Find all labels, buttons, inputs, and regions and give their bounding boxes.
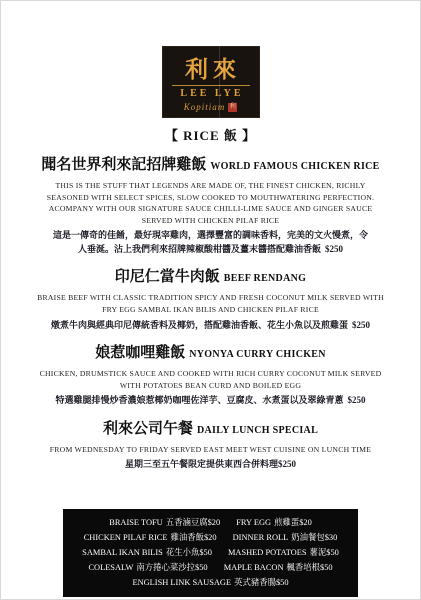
item-price: $250 — [352, 320, 370, 330]
side-item-fry-egg: FRY EGG煎雞蛋$20 — [236, 518, 312, 527]
side-name-en: MAPLE BACON — [224, 563, 284, 572]
logo-chinese-name: 利來 — [162, 46, 260, 84]
side-name-zh: 五香滷豆腐 — [166, 518, 208, 527]
side-name-zh: 花生小魚 — [166, 548, 200, 557]
side-name-en: BRAISE TOFU — [109, 518, 162, 527]
sides-row-1: BRAISE TOFU五香滷豆腐$20 FRY EGG煎雞蛋$20 — [65, 515, 356, 530]
item-description-zh-text: 特選雞腿排慢炒香濃娘惹椰奶咖哩佐洋芋、豆腐皮、水煮蛋以及翠綠青蔥 — [55, 395, 343, 405]
side-name-en: ENGLISH LINK SAUSAGE — [132, 578, 231, 587]
side-item-braise-tofu: BRAISE TOFU五香滷豆腐$20 — [109, 518, 220, 527]
item-description-zh: 星期三至五午餐限定提供東西合併料理$250 — [35, 458, 387, 472]
side-item-sambal-ikan-bilis: SAMBAL IKAN BILIS花生小魚$50 — [82, 548, 212, 557]
side-name-zh: 煎雞蛋 — [274, 518, 299, 527]
side-price: $20 — [299, 518, 312, 527]
side-name-zh: 薯泥 — [310, 548, 327, 557]
item-title-zh: 聞名世界利來記招牌雞飯 — [41, 157, 206, 173]
sides-row-4: COLESALW南方捲心菜沙拉$50 MAPLE BACON楓香培根$50 — [65, 560, 356, 575]
item-description-en: FROM WEDNESDAY TO FRIDAY SERVED EAST MEE… — [35, 444, 387, 456]
side-name-en: FRY EGG — [236, 518, 271, 527]
menu-item-chicken-rice: 聞名世界利來記招牌雞飯 WORLD FAMOUS CHICKEN RICE TH… — [1, 155, 420, 256]
side-item-colesalw: COLESALW南方捲心菜沙拉$50 — [88, 563, 207, 572]
side-price: $50 — [276, 578, 289, 587]
item-description-en: THIS IS THE STUFF THAT LEGENDS ARE MADE … — [35, 180, 387, 226]
item-description-zh-text: 星期三至五午餐限定提供東西合併料理 — [125, 459, 278, 469]
logo-seam-line — [219, 46, 220, 118]
side-item-maple-bacon: MAPLE BACON楓香培根$50 — [224, 563, 333, 572]
item-price: $250 — [278, 459, 296, 469]
side-name-en: MASHED POTATOES — [228, 548, 307, 557]
sides-panel: BRAISE TOFU五香滷豆腐$20 FRY EGG煎雞蛋$20 CHICKE… — [63, 509, 358, 597]
side-price: $20 — [204, 533, 217, 542]
menu-page: 利來 LEE LYE Kopitiam 利 【 RICE 飯 】 聞名世界利來記… — [0, 0, 421, 600]
item-title-zh: 印尼仁當牛肉飯 — [115, 269, 220, 285]
menu-item-beef-rendang: 印尼仁當牛肉飯 BEEF RENDANG BRAISE BEEF WITH CL… — [1, 267, 420, 332]
side-name-en: SAMBAL IKAN BILIS — [82, 548, 163, 557]
side-price: $50 — [195, 563, 208, 572]
item-title: 娘惹咖哩雞飯 NYONYA CURRY CHICKEN — [1, 343, 420, 364]
side-name-zh: 雞油香飯 — [170, 533, 204, 542]
item-description-zh: 燉煮牛肉與經典印尼傳統香料及椰奶，搭配雞油香飯、花生小魚以及煎雞蛋$250 — [35, 319, 387, 333]
item-title-en: DAILY LUNCH SPECIAL — [197, 425, 318, 436]
side-name-en: CHICKEN PILAF RICE — [84, 533, 168, 542]
restaurant-logo: 利來 LEE LYE Kopitiam 利 — [162, 46, 260, 118]
item-title-en: BEEF RENDANG — [224, 273, 306, 284]
item-title-zh: 利來公司午餐 — [103, 421, 193, 437]
side-name-en: COLESALW — [88, 563, 133, 572]
side-item-chicken-pilaf-rice: CHICKEN PILAF RICE雞油香飯$20 — [84, 533, 217, 542]
sides-row-3: SAMBAL IKAN BILIS花生小魚$50 MASHED POTATOES… — [65, 545, 356, 560]
side-item-dinner-roll: DINNER ROLL奶油餐包$30 — [233, 533, 338, 542]
item-description-zh: 特選雞腿排慢炒香濃娘惹椰奶咖哩佐洋芋、豆腐皮、水煮蛋以及翠綠青蔥$250 — [35, 394, 387, 408]
side-price: $30 — [325, 533, 338, 542]
menu-item-daily-lunch-special: 利來公司午餐 DAILY LUNCH SPECIAL FROM WEDNESDA… — [1, 419, 420, 472]
side-item-mashed-potatoes: MASHED POTATOES薯泥$50 — [228, 548, 339, 557]
item-title: 利來公司午餐 DAILY LUNCH SPECIAL — [1, 419, 420, 440]
item-title-en: NYONYA CURRY CHICKEN — [189, 349, 326, 360]
item-description-zh-text: 這是一傳奇的佳餚，最好現宰雞肉，選擇豐富的調味香料，完美的文火慢煮，令 人垂涎。… — [53, 230, 368, 254]
side-price: $50 — [320, 563, 333, 572]
category-header: 【 RICE 飯 】 — [1, 125, 420, 144]
side-name-zh: 奶油餐包 — [291, 533, 325, 542]
item-description-en: BRAISE BEEF WITH CLASSIC TRADITION SPICY… — [35, 292, 387, 315]
item-title: 聞名世界利來記招牌雞飯 WORLD FAMOUS CHICKEN RICE — [1, 155, 420, 176]
sides-row-5: ENGLISH LINK SAUSAGE英式豬香腸$50 — [65, 575, 356, 590]
menu-item-nyonya-curry-chicken: 娘惹咖哩雞飯 NYONYA CURRY CHICKEN CHICKEN, DRU… — [1, 343, 420, 408]
logo-subtitle-row: Kopitiam 利 — [162, 102, 260, 112]
side-price: $50 — [326, 548, 339, 557]
sides-row-2: CHICKEN PILAF RICE雞油香飯$20 DINNER ROLL奶油餐… — [65, 530, 356, 545]
side-name-zh: 英式豬香腸 — [234, 578, 276, 587]
item-description-zh: 這是一傳奇的佳餚，最好現宰雞肉，選擇豐富的調味香料，完美的文火慢煮，令 人垂涎。… — [35, 229, 387, 256]
item-description-en: CHICKEN, DRUMSTICK SAUCE AND COOKED WITH… — [35, 368, 387, 391]
logo-latin-name: LEE LYE — [172, 85, 250, 99]
item-price: $250 — [348, 395, 366, 405]
item-description-zh-text: 燉煮牛肉與經典印尼傳統香料及椰奶，搭配雞油香飯、花生小魚以及煎雞蛋 — [51, 320, 348, 330]
side-price: $50 — [199, 548, 212, 557]
item-title: 印尼仁當牛肉飯 BEEF RENDANG — [1, 267, 420, 288]
side-name-zh: 南方捲心菜沙拉 — [136, 563, 195, 572]
side-name-en: DINNER ROLL — [233, 533, 289, 542]
item-price: $250 — [325, 244, 343, 254]
side-price: $20 — [208, 518, 221, 527]
side-name-zh: 楓香培根 — [287, 563, 321, 572]
item-title-en: WORLD FAMOUS CHICKEN RICE — [210, 161, 379, 172]
logo-seal-icon: 利 — [228, 103, 237, 112]
side-item-english-link-sausage: ENGLISH LINK SAUSAGE英式豬香腸$50 — [132, 578, 288, 587]
item-title-zh: 娘惹咖哩雞飯 — [95, 345, 185, 361]
